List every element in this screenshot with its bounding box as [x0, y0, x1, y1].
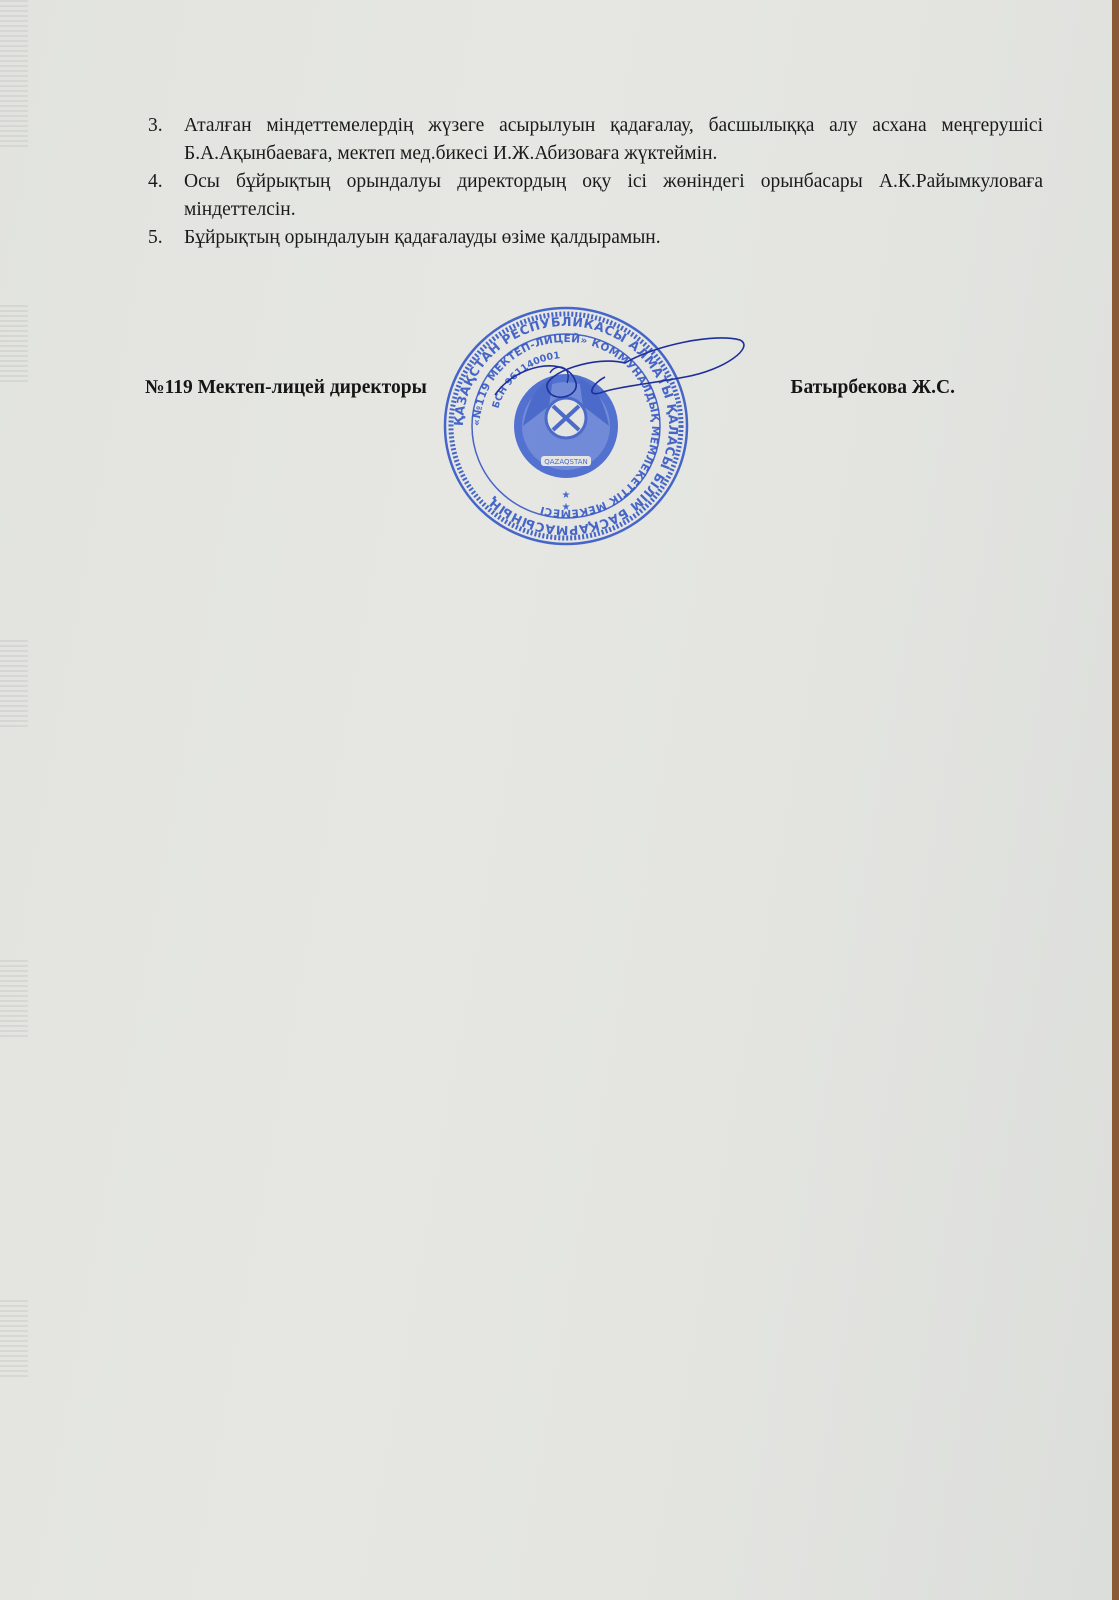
bleed-through-mark: [0, 0, 28, 150]
order-item-4: 4. Осы бұйрықтың орындалуы директордың о…: [148, 168, 1043, 224]
document-page: 3. Аталған міндеттемелердің жүзеге асыры…: [0, 0, 1112, 1600]
item-text: Осы бұйрықтың орындалуы директордың оқу …: [184, 171, 1043, 220]
bleed-through-mark: [0, 305, 28, 385]
bleed-through-mark: [0, 640, 28, 730]
svg-text:★: ★: [562, 502, 571, 513]
signatory-name: Батырбекова Ж.С.: [791, 377, 955, 399]
item-number: 3.: [148, 112, 163, 140]
signatory-position: №119 Мектеп-лицей директоры: [145, 377, 427, 399]
item-text: Бұйрықтың орындалуын қадағалауды өзіме қ…: [184, 227, 661, 248]
bleed-through-mark: [0, 960, 28, 1040]
order-items-list: 3. Аталған міндеттемелердің жүзеге асыры…: [148, 112, 1043, 252]
svg-text:★: ★: [562, 490, 571, 501]
order-item-5: 5. Бұйрықтың орындалуын қадағалауды өзім…: [148, 224, 1043, 252]
item-text: Аталған міндеттемелердің жүзеге асырылуы…: [184, 115, 1043, 164]
handwritten-signature-icon: [455, 325, 755, 415]
item-number: 5.: [148, 224, 163, 252]
item-number: 4.: [148, 168, 163, 196]
bleed-through-mark: [0, 1300, 28, 1380]
svg-text:QAZAQSTAN: QAZAQSTAN: [544, 458, 587, 466]
order-item-3: 3. Аталған міндеттемелердің жүзеге асыры…: [148, 112, 1043, 168]
